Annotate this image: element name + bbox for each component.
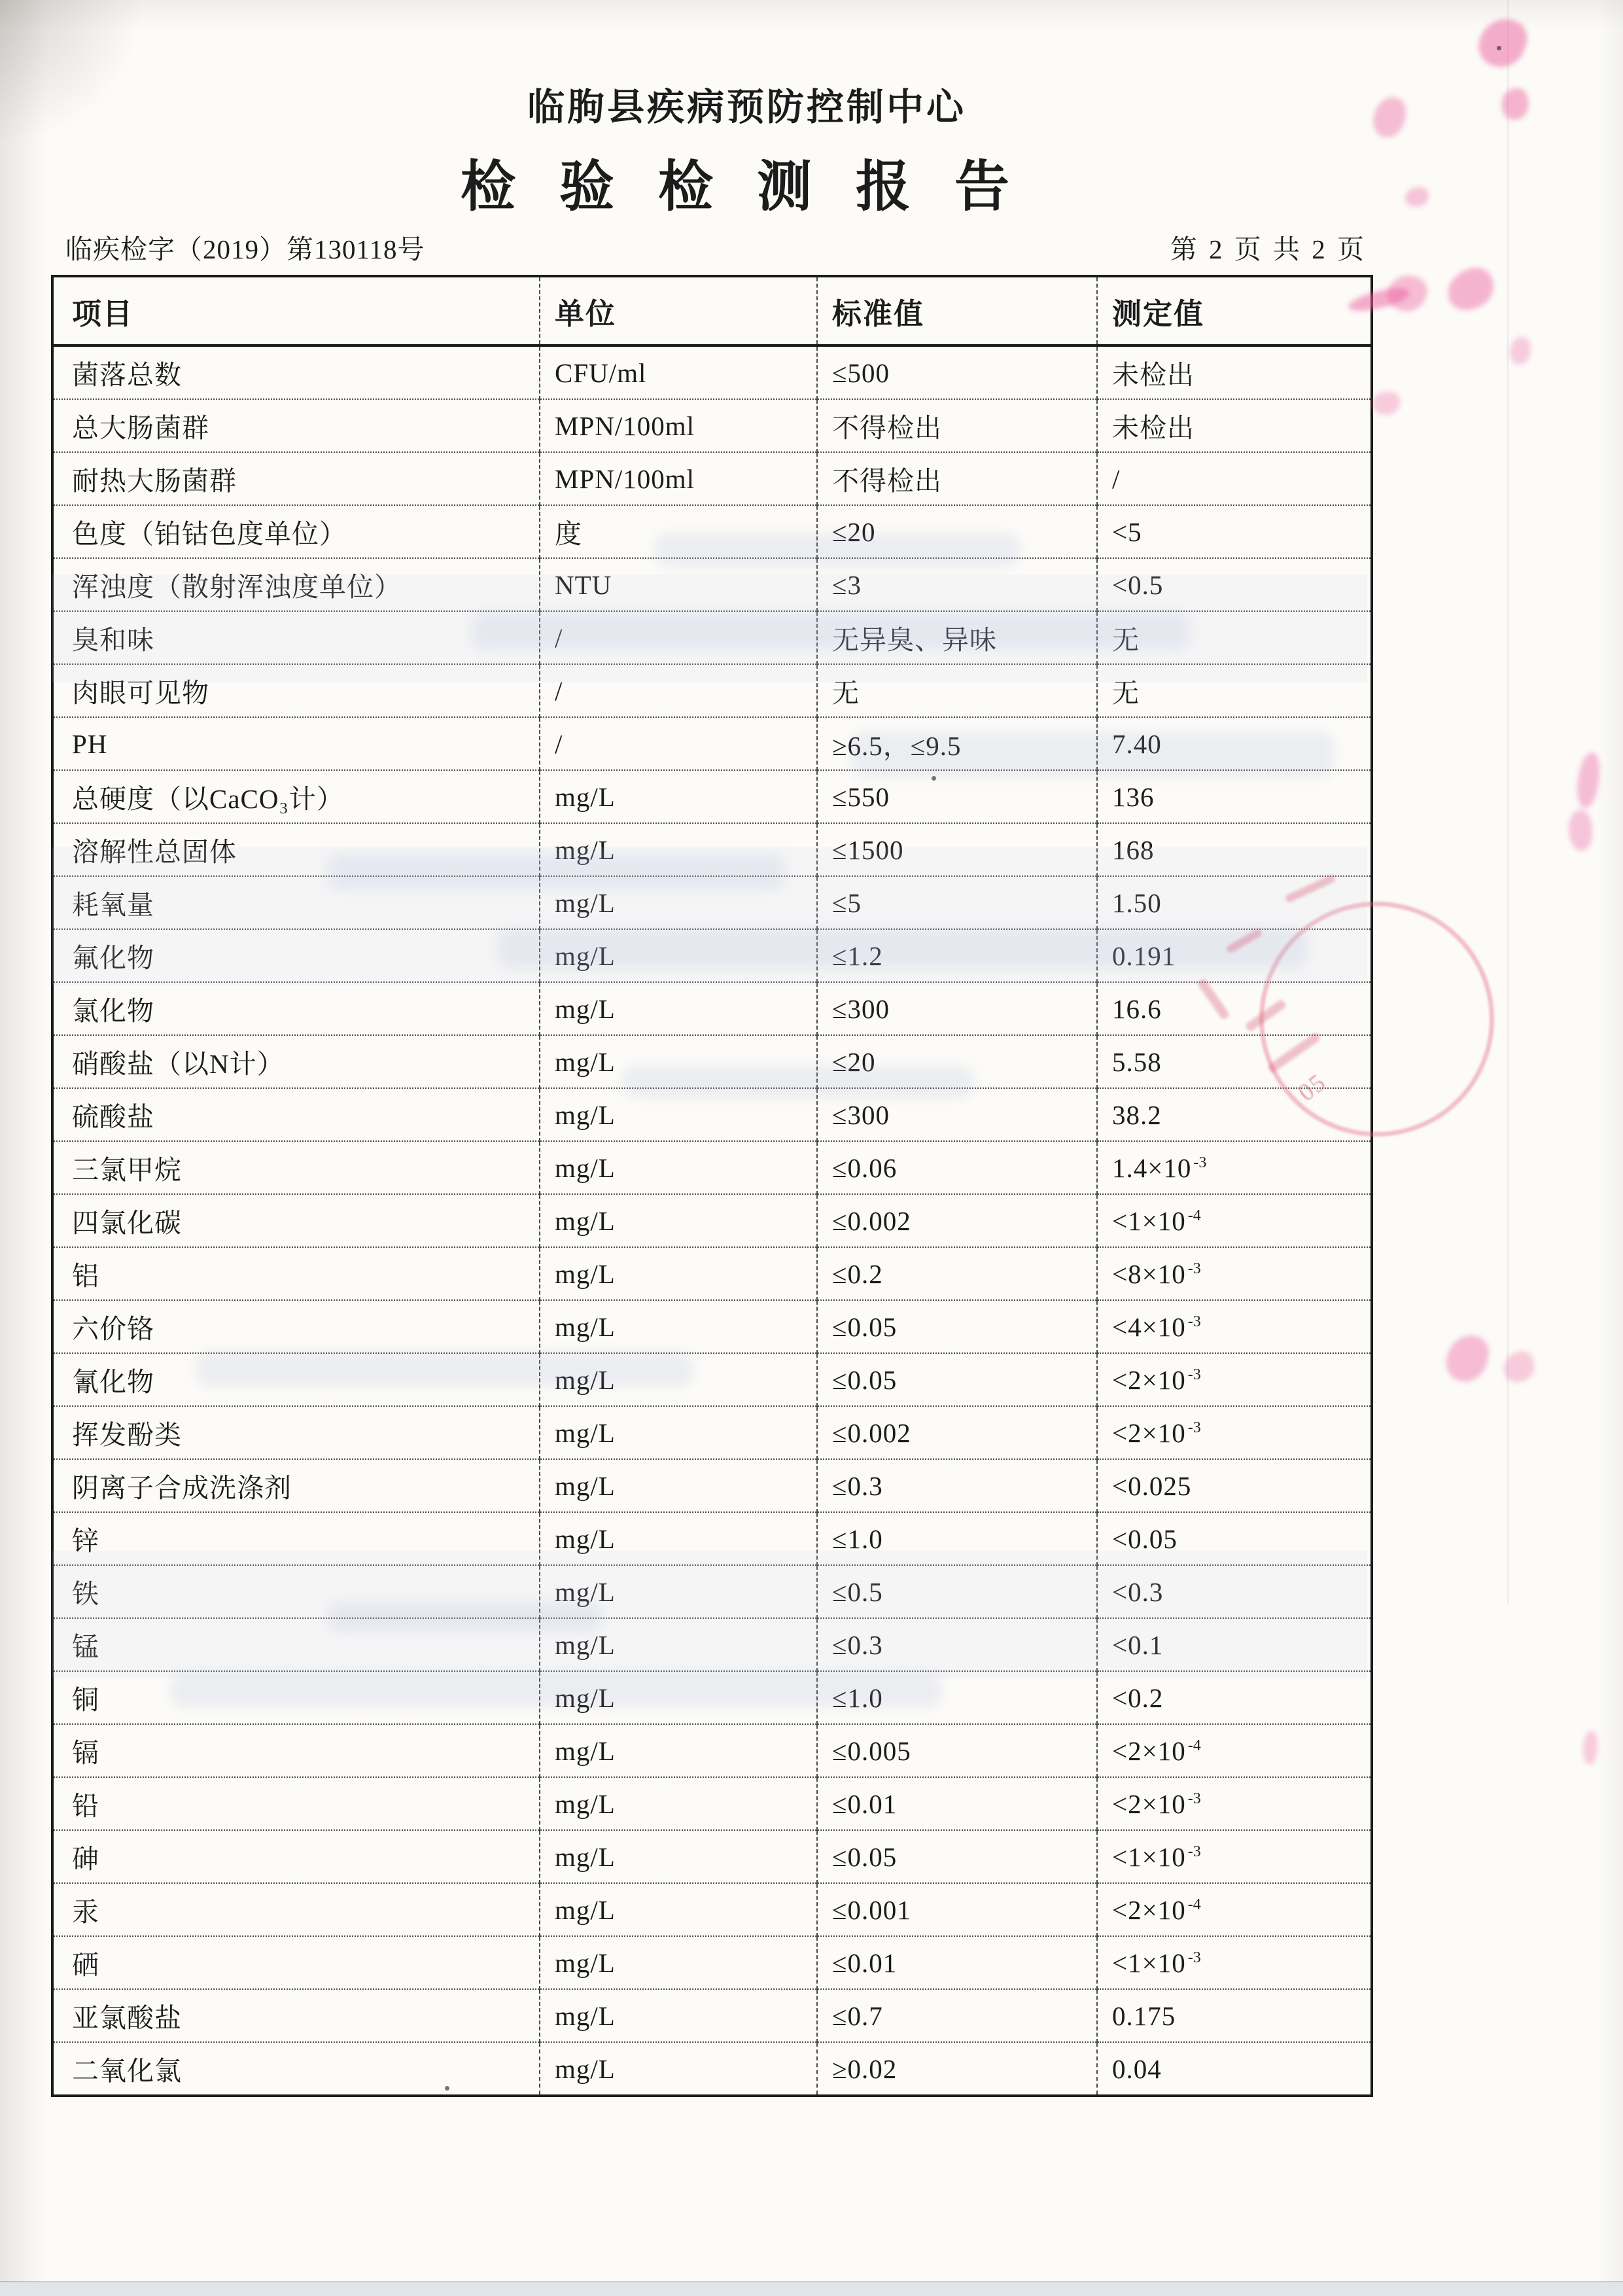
cell-item: 锌 bbox=[52, 1512, 540, 1565]
table-row: 铅 mg/L ≤0.01 <2×10-3 bbox=[52, 1777, 1372, 1830]
measured-value: 0.191 bbox=[1112, 941, 1176, 971]
cell-unit: mg/L bbox=[540, 1247, 817, 1300]
table-row: 氯化物 mg/L ≤300 16.6 bbox=[52, 982, 1372, 1035]
cell-unit: NTU bbox=[540, 558, 817, 611]
measured-value: 无 bbox=[1112, 625, 1140, 655]
cell-unit: / bbox=[540, 611, 817, 664]
cell-standard: ≤0.7 bbox=[817, 1989, 1097, 2042]
cell-measured: <2×10-3 bbox=[1097, 1353, 1372, 1406]
cell-item: 铁 bbox=[52, 1565, 540, 1618]
cell-standard: ≥0.02 bbox=[817, 2042, 1097, 2096]
cell-standard: ≤550 bbox=[817, 770, 1097, 823]
cell-item: 硒 bbox=[52, 1936, 540, 1989]
measured-exponent: -3 bbox=[1188, 1843, 1201, 1860]
cell-item: 镉 bbox=[52, 1724, 540, 1777]
measured-value: <2×10 bbox=[1112, 1365, 1186, 1395]
cell-unit: mg/L bbox=[540, 982, 817, 1035]
cell-standard: ≤0.005 bbox=[817, 1724, 1097, 1777]
measured-value: 168 bbox=[1112, 835, 1155, 865]
cell-item: 总大肠菌群 bbox=[52, 399, 540, 452]
cell-measured: <8×10-3 bbox=[1097, 1247, 1372, 1300]
table-row: 砷 mg/L ≤0.05 <1×10-3 bbox=[52, 1830, 1372, 1883]
cell-item: 总硬度（以CaCO₃计） bbox=[52, 770, 540, 823]
table-row: 氰化物 mg/L ≤0.05 <2×10-3 bbox=[52, 1353, 1372, 1406]
scan-speck bbox=[932, 776, 936, 781]
cell-item: 硫酸盐 bbox=[52, 1088, 540, 1141]
cell-standard: ≤0.05 bbox=[817, 1353, 1097, 1406]
cell-measured: 168 bbox=[1097, 823, 1372, 876]
cell-unit: mg/L bbox=[540, 929, 817, 982]
document-number: 临疾检字（2019）第130118号 bbox=[51, 228, 425, 266]
cell-measured: <1×10-3 bbox=[1097, 1830, 1372, 1883]
cell-standard: ≤0.06 bbox=[817, 1141, 1097, 1194]
cell-measured: <0.1 bbox=[1097, 1618, 1372, 1671]
cell-unit: mg/L bbox=[540, 1088, 817, 1141]
cell-measured: <0.05 bbox=[1097, 1512, 1372, 1565]
pink-ink-smudge bbox=[1499, 86, 1531, 122]
scanned-report-page: { "document": { "org_name": "临朐县疾病预防控制中心… bbox=[0, 0, 1623, 2296]
cell-standard: 无 bbox=[817, 664, 1097, 717]
measured-value: 38.2 bbox=[1112, 1100, 1162, 1130]
measured-value: 16.6 bbox=[1112, 994, 1162, 1024]
document-meta-row: 临疾检字（2019）第130118号 第 2 页 共 2 页 bbox=[51, 228, 1370, 266]
cell-measured: 38.2 bbox=[1097, 1088, 1372, 1141]
measured-value: <0.05 bbox=[1112, 1524, 1178, 1554]
cell-measured: 0.191 bbox=[1097, 929, 1372, 982]
table-row: 铜 mg/L ≤1.0 <0.2 bbox=[52, 1671, 1372, 1724]
pink-ink-smudge bbox=[1500, 1349, 1538, 1386]
paper-crease bbox=[1507, 0, 1509, 1603]
cell-standard: ≤0.001 bbox=[817, 1883, 1097, 1936]
table-row: 铁 mg/L ≤0.5 <0.3 bbox=[52, 1565, 1372, 1618]
cell-measured: 136 bbox=[1097, 770, 1372, 823]
pink-ink-smudge bbox=[1566, 809, 1595, 852]
table-row: 二氧化氯 mg/L ≥0.02 0.04 bbox=[52, 2042, 1372, 2096]
cell-standard: ≤0.05 bbox=[817, 1830, 1097, 1883]
cell-item: 挥发酚类 bbox=[52, 1406, 540, 1459]
report-title: 检 验 检 测 报 告 bbox=[77, 143, 1397, 222]
cell-standard: 无异臭、异味 bbox=[817, 611, 1097, 664]
table-row: PH / ≥6.5，≤9.5 7.40 bbox=[52, 717, 1372, 770]
measured-value: <0.3 bbox=[1112, 1577, 1163, 1607]
cell-item: 色度（铂钴色度单位） bbox=[52, 505, 540, 558]
table-row: 耐热大肠菌群 MPN/100ml 不得检出 / bbox=[52, 452, 1372, 505]
cell-item: PH bbox=[52, 717, 540, 770]
measured-exponent: -3 bbox=[1193, 1154, 1206, 1171]
measured-value: <0.5 bbox=[1112, 570, 1163, 600]
measured-value: 0.04 bbox=[1112, 2054, 1162, 2084]
cell-unit: mg/L bbox=[540, 2042, 817, 2096]
cell-item: 肉眼可见物 bbox=[52, 664, 540, 717]
cell-measured: 16.6 bbox=[1097, 982, 1372, 1035]
cell-standard: ≤0.05 bbox=[817, 1300, 1097, 1353]
cell-standard: ≤0.002 bbox=[817, 1406, 1097, 1459]
cell-standard: ≤0.5 bbox=[817, 1565, 1097, 1618]
measured-exponent: -3 bbox=[1188, 1790, 1201, 1807]
table-row: 总硬度（以CaCO₃计） mg/L ≤550 136 bbox=[52, 770, 1372, 823]
cell-unit: mg/L bbox=[540, 1830, 817, 1883]
results-table-body: 菌落总数 CFU/ml ≤500 未检出 总大肠菌群 MPN/100ml 不得检… bbox=[52, 345, 1372, 2096]
cell-standard: ≤20 bbox=[817, 505, 1097, 558]
cell-unit: 度 bbox=[540, 505, 817, 558]
cell-item: 汞 bbox=[52, 1883, 540, 1936]
cell-measured: 无 bbox=[1097, 664, 1372, 717]
table-row: 镉 mg/L ≤0.005 <2×10-4 bbox=[52, 1724, 1372, 1777]
cell-item: 六价铬 bbox=[52, 1300, 540, 1353]
results-table-header: 项目 单位 标准值 测定值 bbox=[52, 276, 1372, 345]
cell-unit: mg/L bbox=[540, 1565, 817, 1618]
cell-standard: ≤1500 bbox=[817, 823, 1097, 876]
measured-exponent: -4 bbox=[1188, 1896, 1201, 1913]
cell-item: 三氯甲烷 bbox=[52, 1141, 540, 1194]
measured-value: <2×10 bbox=[1112, 1418, 1186, 1448]
cell-unit: CFU/ml bbox=[540, 345, 817, 399]
pink-ink-smudge bbox=[1442, 1331, 1492, 1385]
cell-measured: 未检出 bbox=[1097, 399, 1372, 452]
cell-standard: ≤0.01 bbox=[817, 1777, 1097, 1830]
cell-measured: <0.2 bbox=[1097, 1671, 1372, 1724]
header-measured: 测定值 bbox=[1097, 276, 1372, 345]
cell-unit: mg/L bbox=[540, 1618, 817, 1671]
cell-item: 耗氧量 bbox=[52, 876, 540, 929]
page-indicator: 第 2 页 共 2 页 bbox=[1170, 228, 1370, 266]
cell-item: 砷 bbox=[52, 1830, 540, 1883]
cell-measured: 0.175 bbox=[1097, 1989, 1372, 2042]
measured-value: 无 bbox=[1112, 678, 1140, 708]
measured-value: 5.58 bbox=[1112, 1047, 1162, 1077]
scan-speck bbox=[445, 2086, 449, 2091]
measured-value: <1×10 bbox=[1112, 1206, 1186, 1236]
cell-measured: <1×10-4 bbox=[1097, 1194, 1372, 1247]
measured-exponent: -4 bbox=[1188, 1207, 1201, 1224]
measured-value: <1×10 bbox=[1112, 1842, 1186, 1872]
cell-measured: 1.4×10-3 bbox=[1097, 1141, 1372, 1194]
table-row: 四氯化碳 mg/L ≤0.002 <1×10-4 bbox=[52, 1194, 1372, 1247]
cell-measured: 1.50 bbox=[1097, 876, 1372, 929]
cell-measured: <1×10-3 bbox=[1097, 1936, 1372, 1989]
measured-value: 0.175 bbox=[1112, 2001, 1176, 2031]
cell-standard: ≤1.0 bbox=[817, 1512, 1097, 1565]
results-table: 项目 单位 标准值 测定值 菌落总数 CFU/ml ≤500 未检出 总大肠菌群… bbox=[51, 275, 1373, 2097]
cell-measured: 无 bbox=[1097, 611, 1372, 664]
cell-measured: 0.04 bbox=[1097, 2042, 1372, 2096]
cell-unit: mg/L bbox=[540, 1035, 817, 1088]
cell-unit: mg/L bbox=[540, 1883, 817, 1936]
cell-standard: 不得检出 bbox=[817, 399, 1097, 452]
measured-value: 136 bbox=[1112, 782, 1155, 812]
cell-standard: ≤3 bbox=[817, 558, 1097, 611]
cell-item: 浑浊度（散射浑浊度单位） bbox=[52, 558, 540, 611]
measured-value: <2×10 bbox=[1112, 1789, 1186, 1819]
table-row: 硫酸盐 mg/L ≤300 38.2 bbox=[52, 1088, 1372, 1141]
table-row: 菌落总数 CFU/ml ≤500 未检出 bbox=[52, 345, 1372, 399]
cell-standard: ≤1.0 bbox=[817, 1671, 1097, 1724]
measured-value: / bbox=[1112, 464, 1120, 494]
header-standard: 标准值 bbox=[817, 276, 1097, 345]
cell-unit: mg/L bbox=[540, 876, 817, 929]
cell-item: 锰 bbox=[52, 1618, 540, 1671]
cell-item: 亚氯酸盐 bbox=[52, 1989, 540, 2042]
cell-item: 氟化物 bbox=[52, 929, 540, 982]
measured-value: <5 bbox=[1112, 517, 1142, 547]
measured-value: <8×10 bbox=[1112, 1259, 1186, 1289]
pink-ink-smudge bbox=[1383, 270, 1431, 317]
measured-value: <0.2 bbox=[1112, 1683, 1163, 1713]
cell-unit: mg/L bbox=[540, 1194, 817, 1247]
table-row: 硒 mg/L ≤0.01 <1×10-3 bbox=[52, 1936, 1372, 1989]
pink-ink-smudge bbox=[1442, 263, 1499, 315]
cell-unit: / bbox=[540, 717, 817, 770]
table-row: 硝酸盐（以N计） mg/L ≤20 5.58 bbox=[52, 1035, 1372, 1088]
pink-ink-smudge bbox=[1405, 187, 1429, 207]
cell-item: 铅 bbox=[52, 1777, 540, 1830]
cell-standard: ≤0.002 bbox=[817, 1194, 1097, 1247]
measured-exponent: -4 bbox=[1188, 1737, 1201, 1754]
measured-exponent: -3 bbox=[1188, 1949, 1201, 1966]
cell-item: 铜 bbox=[52, 1671, 540, 1724]
cell-measured: <2×10-3 bbox=[1097, 1406, 1372, 1459]
measured-value: <2×10 bbox=[1112, 1736, 1186, 1766]
table-row: 色度（铂钴色度单位） 度 ≤20 <5 bbox=[52, 505, 1372, 558]
measured-value: <0.025 bbox=[1112, 1471, 1191, 1501]
cell-item: 臭和味 bbox=[52, 611, 540, 664]
cell-standard: ≥6.5，≤9.5 bbox=[817, 717, 1097, 770]
cell-standard: ≤500 bbox=[817, 345, 1097, 399]
cell-unit: mg/L bbox=[540, 1141, 817, 1194]
measured-value: 7.40 bbox=[1112, 729, 1162, 759]
measured-exponent: -3 bbox=[1188, 1313, 1201, 1330]
table-row: 铝 mg/L ≤0.2 <8×10-3 bbox=[52, 1247, 1372, 1300]
cell-item: 四氯化碳 bbox=[52, 1194, 540, 1247]
header-unit: 单位 bbox=[540, 276, 817, 345]
table-row: 氟化物 mg/L ≤1.2 0.191 bbox=[52, 929, 1372, 982]
table-row: 总大肠菌群 MPN/100ml 不得检出 未检出 bbox=[52, 399, 1372, 452]
measured-exponent: -3 bbox=[1188, 1366, 1201, 1383]
cell-standard: ≤300 bbox=[817, 982, 1097, 1035]
cell-measured: <2×10-4 bbox=[1097, 1883, 1372, 1936]
cell-measured: 未检出 bbox=[1097, 345, 1372, 399]
paper-sheet: 临朐县疾病预防控制中心 检 验 检 测 报 告 临疾检字（2019）第13011… bbox=[0, 0, 1623, 2282]
measured-value: <0.1 bbox=[1112, 1630, 1163, 1660]
cell-measured: 7.40 bbox=[1097, 717, 1372, 770]
cell-unit: MPN/100ml bbox=[540, 399, 817, 452]
cell-measured: / bbox=[1097, 452, 1372, 505]
table-row: 亚氯酸盐 mg/L ≤0.7 0.175 bbox=[52, 1989, 1372, 2042]
table-row: 阴离子合成洗涤剂 mg/L ≤0.3 <0.025 bbox=[52, 1459, 1372, 1512]
cell-standard: ≤300 bbox=[817, 1088, 1097, 1141]
cell-item: 溶解性总固体 bbox=[52, 823, 540, 876]
cell-unit: mg/L bbox=[540, 1989, 817, 2042]
measured-exponent: -3 bbox=[1188, 1260, 1201, 1277]
cell-unit: mg/L bbox=[540, 1512, 817, 1565]
cell-unit: mg/L bbox=[540, 1300, 817, 1353]
cell-item: 硝酸盐（以N计） bbox=[52, 1035, 540, 1088]
cell-item: 二氧化氯 bbox=[52, 2042, 540, 2096]
scan-speck bbox=[1497, 46, 1501, 50]
cell-measured: 5.58 bbox=[1097, 1035, 1372, 1088]
cell-item: 菌落总数 bbox=[52, 345, 540, 399]
header-item: 项目 bbox=[52, 276, 540, 345]
cell-standard: ≤0.2 bbox=[817, 1247, 1097, 1300]
cell-standard: ≤1.2 bbox=[817, 929, 1097, 982]
cell-measured: <0.3 bbox=[1097, 1565, 1372, 1618]
cell-unit: mg/L bbox=[540, 1459, 817, 1512]
cell-unit: mg/L bbox=[540, 823, 817, 876]
cell-measured: <0.025 bbox=[1097, 1459, 1372, 1512]
pink-ink-smudge bbox=[1473, 12, 1532, 73]
cell-item: 耐热大肠菌群 bbox=[52, 452, 540, 505]
cell-unit: MPN/100ml bbox=[540, 452, 817, 505]
measured-value: 1.50 bbox=[1112, 888, 1162, 918]
cell-item: 氰化物 bbox=[52, 1353, 540, 1406]
cell-standard: ≤0.3 bbox=[817, 1459, 1097, 1512]
cell-unit: mg/L bbox=[540, 1353, 817, 1406]
cell-item: 铝 bbox=[52, 1247, 540, 1300]
cell-standard: ≤0.3 bbox=[817, 1618, 1097, 1671]
cell-unit: mg/L bbox=[540, 1936, 817, 1989]
pink-ink-smudge bbox=[1370, 389, 1402, 417]
cell-measured: <0.5 bbox=[1097, 558, 1372, 611]
cell-standard: 不得检出 bbox=[817, 452, 1097, 505]
cell-unit: mg/L bbox=[540, 1671, 817, 1724]
cell-standard: ≤20 bbox=[817, 1035, 1097, 1088]
measured-value: <2×10 bbox=[1112, 1895, 1186, 1925]
table-row: 溶解性总固体 mg/L ≤1500 168 bbox=[52, 823, 1372, 876]
cell-unit: mg/L bbox=[540, 770, 817, 823]
table-row: 浑浊度（散射浑浊度单位） NTU ≤3 <0.5 bbox=[52, 558, 1372, 611]
header-row: 项目 单位 标准值 测定值 bbox=[52, 276, 1372, 345]
cell-item: 氯化物 bbox=[52, 982, 540, 1035]
organization-title: 临朐县疾病预防控制中心 bbox=[87, 77, 1406, 131]
cell-unit: / bbox=[540, 664, 817, 717]
table-row: 臭和味 / 无异臭、异味 无 bbox=[52, 611, 1372, 664]
pink-ink-smudge bbox=[1583, 1731, 1597, 1765]
cell-unit: mg/L bbox=[540, 1406, 817, 1459]
table-row: 汞 mg/L ≤0.001 <2×10-4 bbox=[52, 1883, 1372, 1936]
cell-item: 阴离子合成洗涤剂 bbox=[52, 1459, 540, 1512]
cell-unit: mg/L bbox=[540, 1777, 817, 1830]
cell-measured: <4×10-3 bbox=[1097, 1300, 1372, 1353]
cell-unit: mg/L bbox=[540, 1724, 817, 1777]
table-row: 挥发酚类 mg/L ≤0.002 <2×10-3 bbox=[52, 1406, 1372, 1459]
table-row: 锰 mg/L ≤0.3 <0.1 bbox=[52, 1618, 1372, 1671]
measured-value: 未检出 bbox=[1112, 360, 1195, 390]
table-row: 锌 mg/L ≤1.0 <0.05 bbox=[52, 1512, 1372, 1565]
table-row: 肉眼可见物 / 无 无 bbox=[52, 664, 1372, 717]
table-row: 耗氧量 mg/L ≤5 1.50 bbox=[52, 876, 1372, 929]
measured-value: 1.4×10 bbox=[1112, 1153, 1191, 1183]
cell-standard: ≤5 bbox=[817, 876, 1097, 929]
measured-exponent: -3 bbox=[1188, 1419, 1201, 1436]
measured-value: <4×10 bbox=[1112, 1312, 1186, 1342]
table-row: 六价铬 mg/L ≤0.05 <4×10-3 bbox=[52, 1300, 1372, 1353]
cell-standard: ≤0.01 bbox=[817, 1936, 1097, 1989]
cell-measured: <5 bbox=[1097, 505, 1372, 558]
pink-ink-smudge bbox=[1510, 337, 1531, 364]
cell-measured: <2×10-3 bbox=[1097, 1777, 1372, 1830]
table-row: 三氯甲烷 mg/L ≤0.06 1.4×10-3 bbox=[52, 1141, 1372, 1194]
measured-value: 未检出 bbox=[1112, 413, 1195, 443]
measured-value: <1×10 bbox=[1112, 1948, 1186, 1978]
pink-ink-smudge bbox=[1575, 752, 1601, 809]
cell-measured: <2×10-4 bbox=[1097, 1724, 1372, 1777]
